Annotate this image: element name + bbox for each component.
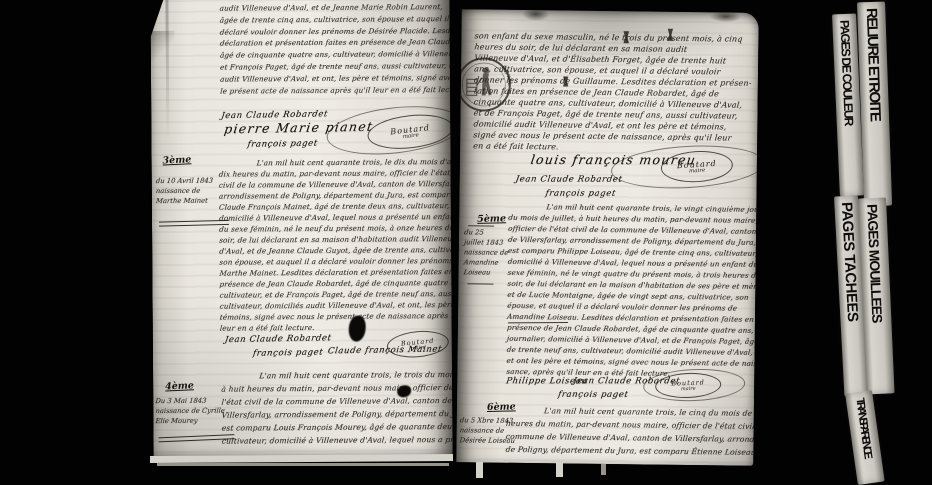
margin-note-line: du 10 Avril 1843	[155, 177, 213, 187]
margin-note-line: Amandine	[463, 258, 509, 269]
act5-margin-note: du 25juillet 1843naissance deAmandineLoi…	[463, 228, 508, 279]
condition-label-reliure-etroite: RELIURE ETROITE	[857, 2, 892, 207]
margin-dash	[468, 225, 494, 226]
act4-continuation-block: son enfant du sexe masculin, né le trois…	[473, 31, 752, 155]
margin-note-line: Elie Mourey	[155, 417, 225, 427]
corner-fold-shadow	[151, 31, 175, 63]
manuscript-line: cultivateur, domicilié à Villeneuve d'Av…	[221, 435, 453, 450]
signature-paget: françois paget	[247, 139, 319, 150]
crossed-out-scribble	[657, 29, 683, 41]
manuscript-line: de Poligny, département du Jura, est com…	[505, 445, 759, 462]
act6-text-block: L'an mil huit cent quarante trois, le ci…	[505, 406, 758, 462]
stain-smudge	[710, 10, 742, 22]
act4-margin-note: Du 3 Mai 1843naissance de CyrilleElie Mo…	[155, 397, 225, 427]
act2-text-block: audit Villeneuve d'Aval, et de Jeanne Ma…	[219, 2, 452, 98]
page-stack-tab	[476, 462, 483, 478]
page-stack-edge	[157, 463, 449, 466]
margin-note-line: du 25	[463, 228, 509, 239]
mayor-title: maire	[689, 167, 705, 174]
page-stack-tab	[556, 462, 563, 477]
margin-note-line: juillet 1843	[463, 238, 509, 249]
margin-note-line: naissance de Cyrille	[155, 407, 225, 417]
manuscript-line: le présent acte de naissance après qu'il…	[219, 84, 452, 98]
manuscript-line: audit Villeneuve d'Aval, et ont, les pèr…	[219, 72, 452, 86]
signature-robardet: Jean Claude Robardet	[515, 174, 623, 184]
mayor-title: maire	[402, 132, 419, 140]
crossed-out-scribble	[611, 31, 641, 43]
left-page: audit Villeneuve d'Aval, et de Jeanne Ma…	[150, 0, 452, 459]
mayor-title: maire	[681, 386, 696, 393]
ink-blot	[349, 316, 366, 342]
page-crease	[165, 0, 169, 141]
act3-text-block: L'an mil huit cent quarante trois, le di…	[219, 157, 453, 335]
page-stack-tab	[601, 464, 606, 475]
margin-note-line: naissance de	[463, 248, 509, 259]
manuscript-line: âgée de trente cinq ans, cultivatrice, s…	[219, 13, 453, 27]
margin-dash	[467, 283, 493, 284]
signature-paget: françois paget	[252, 347, 324, 358]
act3-number: 3ème	[162, 154, 191, 166]
manuscript-line: L'an mil huit cent quarante trois, le tr…	[258, 370, 452, 385]
act3-margin-note: du 10 Avril 1843naissance deMarthe Maine…	[156, 177, 213, 207]
act5-number: 5ème	[477, 213, 506, 225]
right-page: ROYAL son enfant du sexe masculin, né le…	[456, 9, 759, 466]
mayor-title: maire	[411, 344, 426, 351]
margin-note-line: Marthe Mainet	[155, 197, 213, 207]
signature-paget: françois paget	[545, 189, 617, 199]
page-stack-edge	[150, 454, 453, 463]
margin-note-line: naissance de	[155, 187, 213, 197]
margin-note-line: Loiseau	[463, 268, 509, 279]
register-scan: audit Villeneuve d'Aval, et de Jeanne Ma…	[0, 0, 932, 480]
condition-label-transparence: TRANSPARENCE	[845, 390, 885, 480]
act4-text-block: L'an mil huit cent quarante trois, le tr…	[221, 370, 453, 450]
signature-paget: françois paget	[557, 390, 629, 400]
signature-robardet: Jean Claude Robardet	[224, 333, 332, 345]
crossed-out-scribble	[549, 76, 583, 86]
margin-note-line: Du 3 Mai 1843	[155, 397, 225, 407]
act5-text-block: L'an mil huit cent quarante trois, le vi…	[506, 202, 758, 381]
act4-number: 4ème	[165, 380, 194, 392]
stain-smudge	[522, 9, 550, 21]
